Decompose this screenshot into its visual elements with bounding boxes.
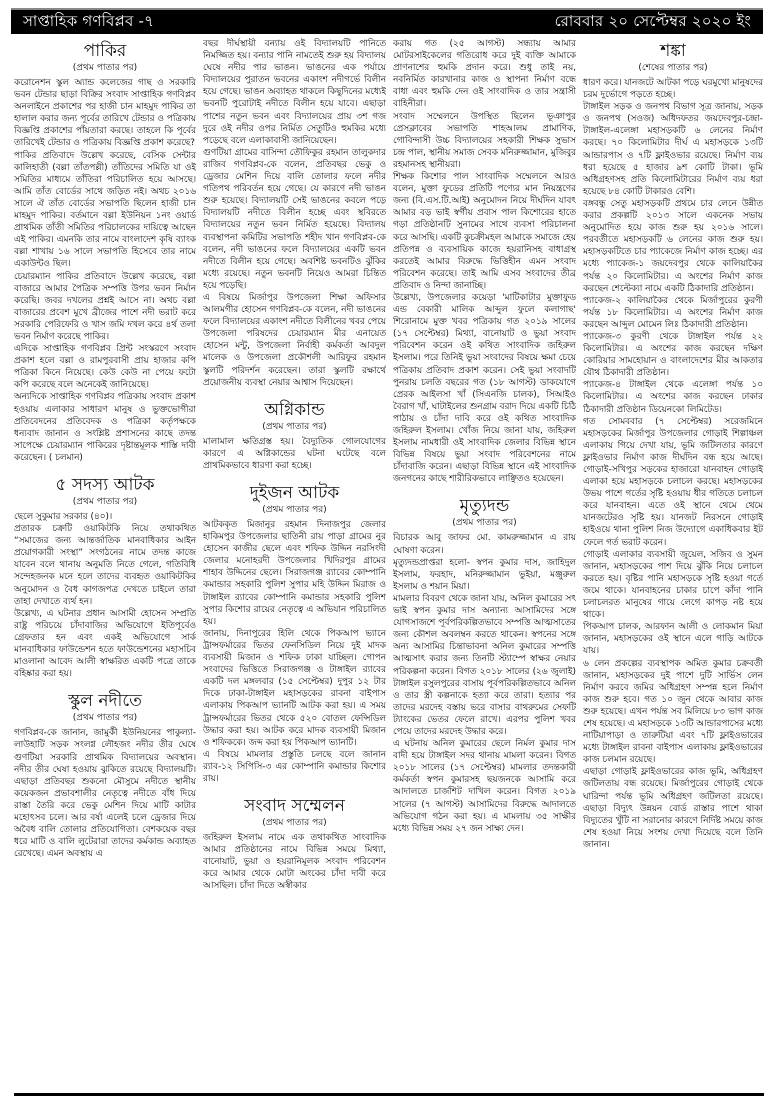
continuation-note: (প্রথম পাতার পর) xyxy=(14,712,196,725)
article-paragraph: আটককৃত মিজানুর রহমান দিনাজপুর জেলার হাকি… xyxy=(203,519,386,628)
article-story: পাকির(প্রথম পাতার পর)করোনেশন স্কুল অ্যান… xyxy=(14,40,196,464)
article-paragraph: পিকআপ চালক, আরফান আলী ও লোকমান মিয়া জান… xyxy=(583,621,763,657)
article-paragraph: প্রতারক চক্রটি ওয়াকিটকি নিয়ে তথাকথিত “… xyxy=(14,523,196,608)
article-paragraph: মৃত্যুদন্ডপ্রাপ্তরা হলো- স্বপন কুমার দাস… xyxy=(393,557,576,593)
article-headline: শঙ্কা xyxy=(583,40,763,62)
continuation-note: (প্রথম পাতার পর) xyxy=(203,504,386,517)
article-story: শঙ্কা(শেষের পাতার পর)ধারণ করে। যানজটে আট… xyxy=(583,40,763,851)
article-paragraph: এ ঘটনায় অনিল কুমারের ছেলে নির্মল কুমার … xyxy=(393,738,576,835)
article-paragraph: এদিকে সাপ্তাহিক গণবিপ্লব প্রিন্ট সংস্করণ… xyxy=(14,343,196,391)
article-headline: স্কুল নদীতে xyxy=(14,690,196,712)
article-headline: পাকির xyxy=(14,40,196,62)
article-headline: মৃত্যুদন্ড xyxy=(393,495,576,517)
continuation-note: (প্রথম পাতার পর) xyxy=(203,421,386,434)
article-story: অগ্নিকান্ড(প্রথম পাতার পর)মালামাল ক্ষতিগ… xyxy=(203,399,386,472)
article-story: করায় গত (২৫ আগস্ট) সন্ধ্যায় আমার মোটরস… xyxy=(393,38,576,485)
continuation-note: (প্রথম পাতার পর) xyxy=(203,817,386,830)
article-paragraph: উল্লেখ্য, এ ঘটনার প্রধান আসামী হোসেন সম্… xyxy=(14,608,196,681)
article-paragraph: জহিরুল ইসলাম নামে এক তথাকথিত সাংবাদিক আম… xyxy=(203,832,386,892)
article-story: মৃত্যুদন্ড(প্রথম পাতার পর)বিচারক আবু জাফ… xyxy=(393,495,576,834)
article-paragraph: মালামাল ক্ষতিগ্রস্ত হয়। বৈদ্যুতিক গোলযো… xyxy=(203,436,386,472)
article-paragraph: এ বিষয়ে মির্জাপুর উপজেলা শিক্ষা অফিসার … xyxy=(203,292,386,389)
masthead-date: রোববার ২০ সেপ্টেম্বর ২০২০ ইং xyxy=(555,10,751,35)
article-paragraph: উল্লেখ্য, উপজেলার কয়েড়া 'মাটিকাটার মুক… xyxy=(393,292,576,486)
article-paragraph: অন্যদিকে সাপ্তাহিক গণবিপ্লব পত্রিকায় সং… xyxy=(14,391,196,464)
article-paragraph: গণবিপ্লব-কে জানান, জামুর্কী ইউনিয়নের পা… xyxy=(14,727,196,860)
article-paragraph: পাকির প্রতিবাদে উল্লেখ করেছে, বেসিক সেন্… xyxy=(14,150,196,271)
masthead-title: সাপ্তাহিক গণবিপ্লব -৭ xyxy=(23,10,154,35)
column-1: পাকির(প্রথম পাতার পর)করোনেশন স্কুল অ্যান… xyxy=(14,38,196,1090)
article-paragraph: করোনেশন স্কুল অ্যান্ড কলেজের গাছ ও সরকার… xyxy=(14,77,196,150)
column-2: বছর দীর্ঘস্থায়ী বন্যায় ওই বিদ্যালয়টি … xyxy=(203,38,386,1090)
article-paragraph: গত সোমববার (৭ সেপ্টেম্বর) সরেজমিনে মহাসড… xyxy=(583,416,763,549)
article-paragraph: চেয়ারম্যান পাকির প্রতিবাদে উল্লেখ করেছে… xyxy=(14,271,196,344)
article-paragraph: বছর দীর্ঘস্থায়ী বন্যায় ওই বিদ্যালয়টি … xyxy=(203,38,386,147)
article-paragraph: বঙ্গবন্ধু সেতু মহাসড়কটি প্রথমে চার লেনে… xyxy=(583,198,763,295)
article-headline: ৫ সদস্য আটক xyxy=(14,474,196,496)
article-paragraph: করায় গত (২৫ আগস্ট) সন্ধ্যায় আমার মোটরস… xyxy=(393,38,576,111)
article-paragraph: ধারণ করে। যানজটে আটকা পড়ে ঘরমুখো মানুষদ… xyxy=(583,77,763,101)
bottom-rule xyxy=(14,1093,764,1096)
article-paragraph: গোড়াই এলাকার ব্যবসায়ী জুয়েল, সজিব ও স… xyxy=(583,549,763,622)
column-3: করায় গত (২৫ আগস্ট) সন্ধ্যায় আমার মোটরস… xyxy=(393,38,576,1090)
newspaper-page: সাপ্তাহিক গণবিপ্লব -৭ রোববার ২০ সেপ্টেম্… xyxy=(0,0,770,1120)
article-headline: সংবাদ সম্মেলন xyxy=(203,795,386,817)
continuation-note: (শেষের পাতার পর) xyxy=(583,62,763,75)
article-paragraph: এ বিষয়ে মামলার প্রস্তুতি চলছে বলে জানান… xyxy=(203,749,386,785)
article-columns: পাকির(প্রথম পাতার পর)করোনেশন স্কুল অ্যান… xyxy=(14,38,762,1090)
article-paragraph: প্যাকেজ-৩ কুরণী থেকে টাঙ্গাইল পর্যন্ত ২২… xyxy=(583,331,763,379)
continuation-note: (প্রথম পাতার পর) xyxy=(14,62,196,75)
article-story: দুইজন আটক(প্রথম পাতার পর)আটককৃত মিজানুর … xyxy=(203,482,386,785)
article-story: সংবাদ সম্মেলন(প্রথম পাতার পর)জহিরুল ইসলা… xyxy=(203,795,386,892)
continuation-note: (প্রথম পাতার পর) xyxy=(393,517,576,530)
column-4: শঙ্কা(শেষের পাতার পর)ধারণ করে। যানজটে আট… xyxy=(583,38,763,1090)
masthead-bar: সাপ্তাহিক গণবিপ্লব -৭ রোববার ২০ সেপ্টেম্… xyxy=(11,8,763,34)
article-paragraph: ছেলে সুকুমার সরকার (৪০)। xyxy=(14,511,196,523)
continuation-note: (প্রথম পাতার পর) xyxy=(14,496,196,509)
article-story: ৫ সদস্য আটক(প্রথম পাতার পর)ছেলে সুকুমার … xyxy=(14,474,196,680)
article-headline: অগ্নিকান্ড xyxy=(203,399,386,421)
article-paragraph: প্যাকেজ-২ কালিয়াকৈর থেকে মির্জাপুরের কু… xyxy=(583,295,763,331)
article-paragraph: জানায়, দিনাপুরের হিলি থেকে পিকআপ ভ্যানে… xyxy=(203,628,386,749)
article-headline: দুইজন আটক xyxy=(203,482,386,504)
article-paragraph: শিক্ষক কিশোর পাল সাংবাদিক সম্মেলনে আরও ব… xyxy=(393,171,576,292)
article-paragraph: এছাড়া গোড়াই ফ্লাইওভারের কাজ ভূমি, অধিগ… xyxy=(583,766,763,851)
article-paragraph: বিচারক আবু জাফর মো. কামরুজ্জামান এ রায় … xyxy=(393,532,576,556)
article-story: স্কুল নদীতে(প্রথম পাতার পর)গণবিপ্লব-কে জ… xyxy=(14,690,196,860)
article-paragraph: গুণটিয়া গ্রামের বাসিন্দা তৌফিকুর রহমান … xyxy=(203,147,386,292)
article-story: বছর দীর্ঘস্থায়ী বন্যায় ওই বিদ্যালয়টি … xyxy=(203,38,386,389)
article-paragraph: মামলার বিবরণ থেকে জানা যায়, অনিল কুমারে… xyxy=(393,593,576,738)
article-paragraph: ৬ লেন প্রকল্পের ব্যবস্থাপক অমিত কুমার চক… xyxy=(583,658,763,767)
article-paragraph: সংবাদ সম্মেলনে উপস্থিত ছিলেন ভূঞাপুর প্র… xyxy=(393,111,576,171)
article-paragraph: টাঙ্গাইল সড়ক ও জনপথ বিভাগ সূত্র জানায়,… xyxy=(583,101,763,198)
article-paragraph: প্যাকেজ-৪ টাঙ্গাইল থেকে এলেঙ্গা পর্যন্ত … xyxy=(583,379,763,415)
